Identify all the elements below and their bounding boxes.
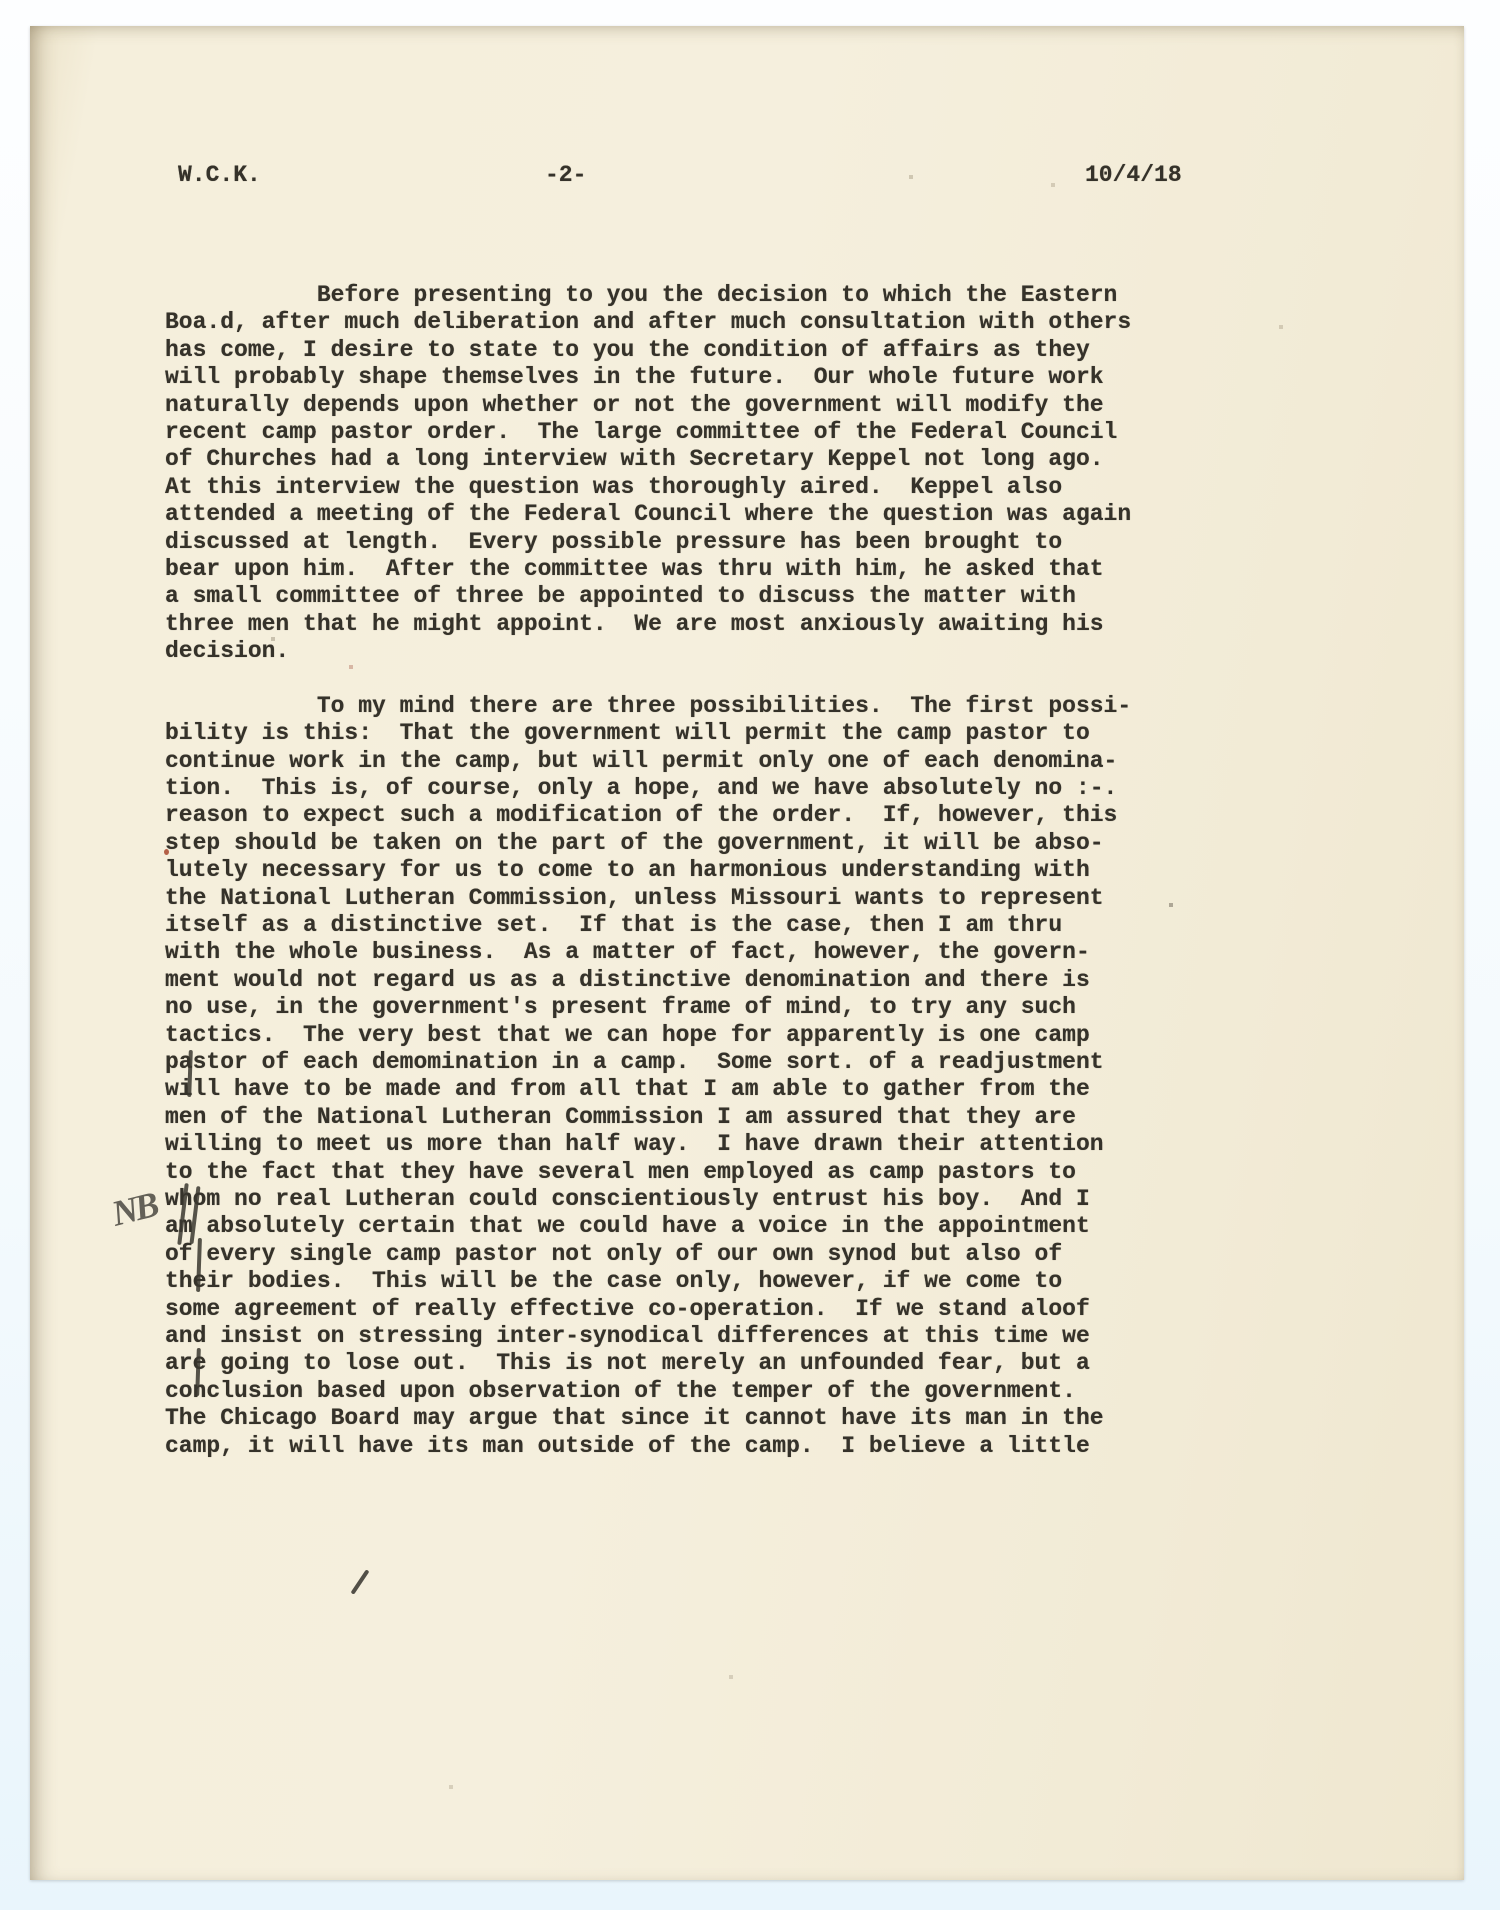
text-line: bear upon him. After the committee was t… xyxy=(165,556,1265,583)
text-line: bility is this: That the government will… xyxy=(165,720,1265,747)
text-line: At this interview the question was thoro… xyxy=(165,474,1265,501)
text-line: recent camp pastor order. The large comm… xyxy=(165,419,1265,446)
text-line: of every single camp pastor not only of … xyxy=(165,1241,1265,1268)
handwritten-nb-note: NB xyxy=(108,1183,161,1234)
text-line: lutely necessary for us to come to an ha… xyxy=(165,857,1265,884)
text-line: attended a meeting of the Federal Counci… xyxy=(165,501,1265,528)
text-line: some agreement of really effective co-op… xyxy=(165,1296,1265,1323)
text-line: pastor of each demomination in a camp. S… xyxy=(165,1049,1265,1076)
paragraph-1: Before presenting to you the decision to… xyxy=(165,282,1265,666)
text-line: continue work in the camp, but will perm… xyxy=(165,748,1265,775)
text-line: men of the National Lutheran Commission … xyxy=(165,1104,1265,1131)
text-line: of Churches had a long interview with Se… xyxy=(165,446,1265,473)
text-line: tactics. The very best that we can hope … xyxy=(165,1022,1265,1049)
text-line: tion. This is, of course, only a hope, a… xyxy=(165,775,1265,802)
text-line: will probably shape themselves in the fu… xyxy=(165,364,1265,391)
text-line: the National Lutheran Commission, unless… xyxy=(165,885,1265,912)
text-line: and insist on stressing inter-synodical … xyxy=(165,1323,1265,1350)
text-line: camp, it will have its man outside of th… xyxy=(165,1433,1265,1460)
text-line: Before presenting to you the decision to… xyxy=(165,282,1265,309)
text-line: their bodies. This will be the case only… xyxy=(165,1268,1265,1295)
text-line: will have to be made and from all that I… xyxy=(165,1076,1265,1103)
header-author-initials: W.C.K. xyxy=(178,162,261,188)
scanned-letter-page: W.C.K. -2- 10/4/18 Before presenting to … xyxy=(30,26,1464,1880)
paper-texture-specks xyxy=(30,26,32,28)
pencil-slash-mark xyxy=(351,1569,370,1594)
text-line: willing to meet us more than half way. I… xyxy=(165,1131,1265,1158)
text-line: The Chicago Board may argue that since i… xyxy=(165,1405,1265,1432)
text-line: itself as a distinctive set. If that is … xyxy=(165,912,1265,939)
text-line: decision. xyxy=(165,638,1265,665)
header-date: 10/4/18 xyxy=(1085,162,1182,188)
text-line: step should be taken on the part of the … xyxy=(165,830,1265,857)
text-line: a small committee of three be appointed … xyxy=(165,583,1265,610)
text-line: reason to expect such a modification of … xyxy=(165,802,1265,829)
text-line: To my mind there are three possibilities… xyxy=(165,693,1265,720)
text-line: am absolutely certain that we could have… xyxy=(165,1213,1265,1240)
text-line: three men that he might appoint. We are … xyxy=(165,611,1265,638)
text-line: to the fact that they have several men e… xyxy=(165,1159,1265,1186)
text-line: ment would not regard us as a distinctiv… xyxy=(165,967,1265,994)
text-line: Boa.d, after much deliberation and after… xyxy=(165,309,1265,336)
text-line: discussed at length. Every possible pres… xyxy=(165,529,1265,556)
text-line: conclusion based upon observation of the… xyxy=(165,1378,1265,1405)
text-line: with the whole business. As a matter of … xyxy=(165,939,1265,966)
text-line: naturally depends upon whether or not th… xyxy=(165,392,1265,419)
paragraph-2: To my mind there are three possibilities… xyxy=(165,693,1265,1460)
red-ink-speck xyxy=(164,849,169,855)
text-line: no use, in the government's present fram… xyxy=(165,994,1265,1021)
header-page-number: -2- xyxy=(545,162,586,188)
letter-body: Before presenting to you the decision to… xyxy=(165,282,1265,1460)
text-line: has come, I desire to state to you the c… xyxy=(165,337,1265,364)
text-line: are going to lose out. This is not merel… xyxy=(165,1350,1265,1377)
text-line: whom no real Lutheran could conscientiou… xyxy=(165,1186,1265,1213)
